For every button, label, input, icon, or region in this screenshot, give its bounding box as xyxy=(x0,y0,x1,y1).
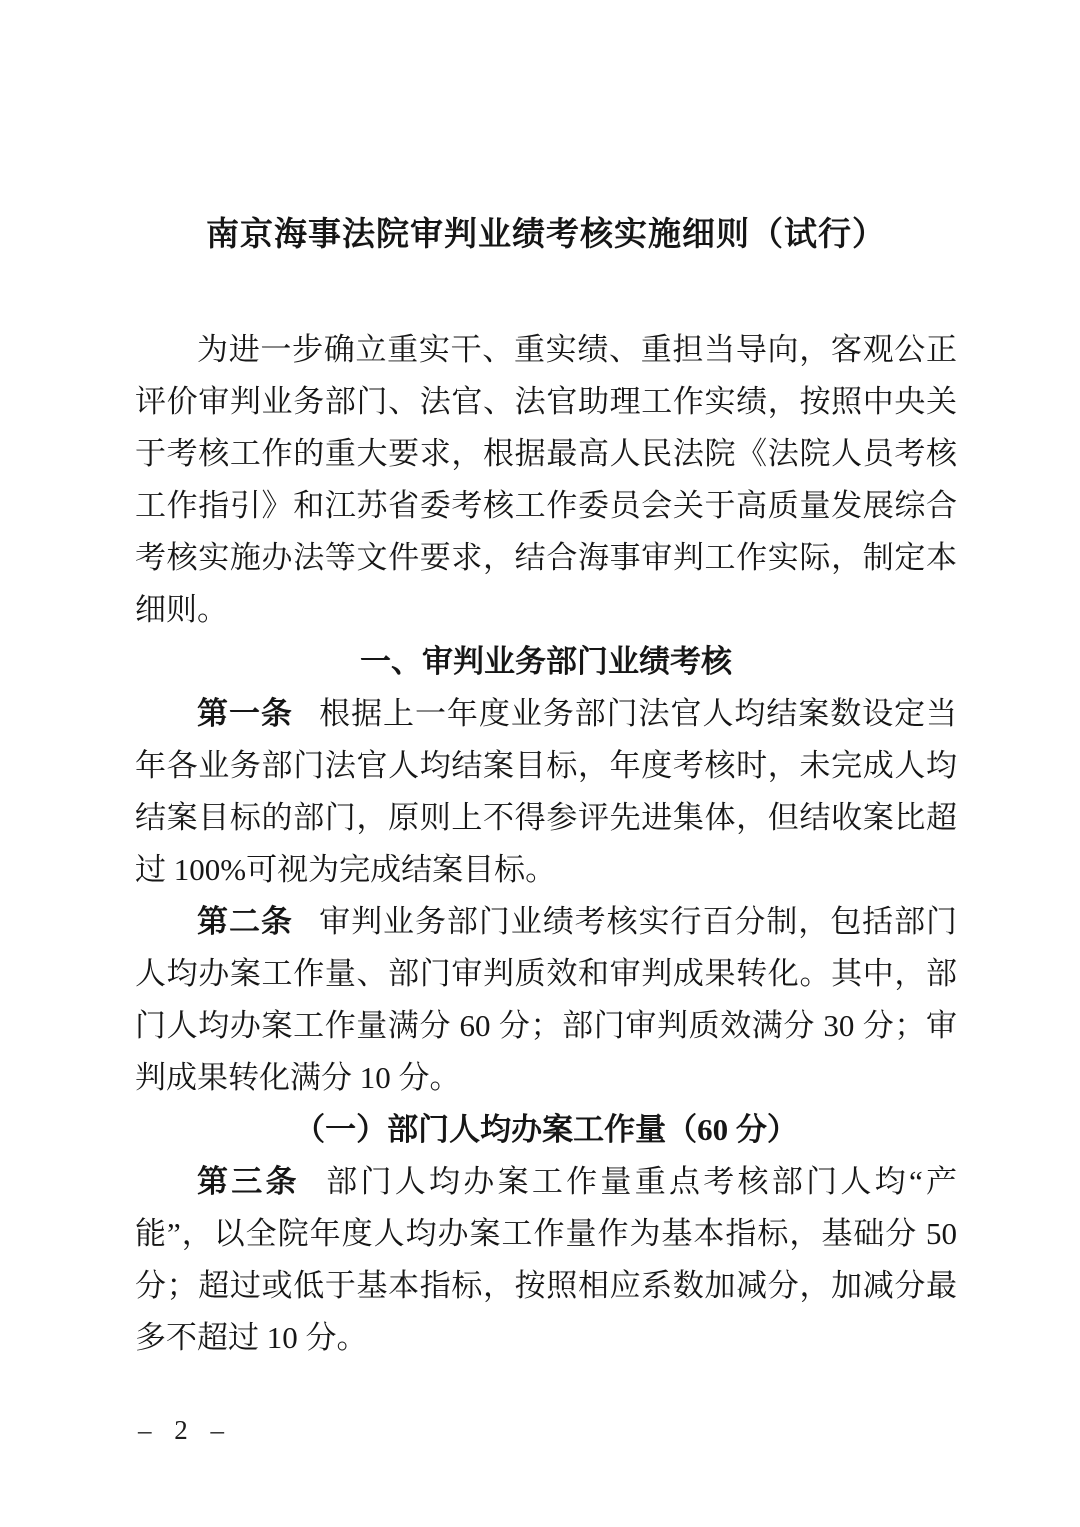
article-1-paragraph: 第一条根据上一年度业务部门法官人均结案数设定当年各业务部门法官人均结案目标，年度… xyxy=(135,688,957,896)
document-content: 南京海事法院审判业绩考核实施细则（试行） 为进一步确立重实干、重实绩、重担当导向… xyxy=(135,212,957,1364)
article-2-paragraph: 第二条审判业务部门业绩考核实行百分制，包括部门人均办案工作量、部门审判质效和审判… xyxy=(135,896,957,1104)
article-2-label: 第二条 xyxy=(197,904,293,939)
section-1-heading: 一、审判业务部门业绩考核 xyxy=(135,636,957,688)
page-number: – 2 – xyxy=(138,1412,232,1448)
article-3-paragraph: 第三条部门人均办案工作量重点考核部门人均“产能”，以全院年度人均办案工作量作为基… xyxy=(135,1156,957,1364)
document-page: 南京海事法院审判业绩考核实施细则（试行） 为进一步确立重实干、重实绩、重担当导向… xyxy=(0,0,1080,1527)
page-title: 南京海事法院审判业绩考核实施细则（试行） xyxy=(135,212,957,258)
article-1-label: 第一条 xyxy=(197,696,293,731)
article-3-label: 第三条 xyxy=(197,1164,300,1199)
subsection-1-heading: （一）部门人均办案工作量（60 分） xyxy=(135,1104,957,1156)
intro-paragraph: 为进一步确立重实干、重实绩、重担当导向，客观公正评价审判业务部门、法官、法官助理… xyxy=(135,324,957,636)
